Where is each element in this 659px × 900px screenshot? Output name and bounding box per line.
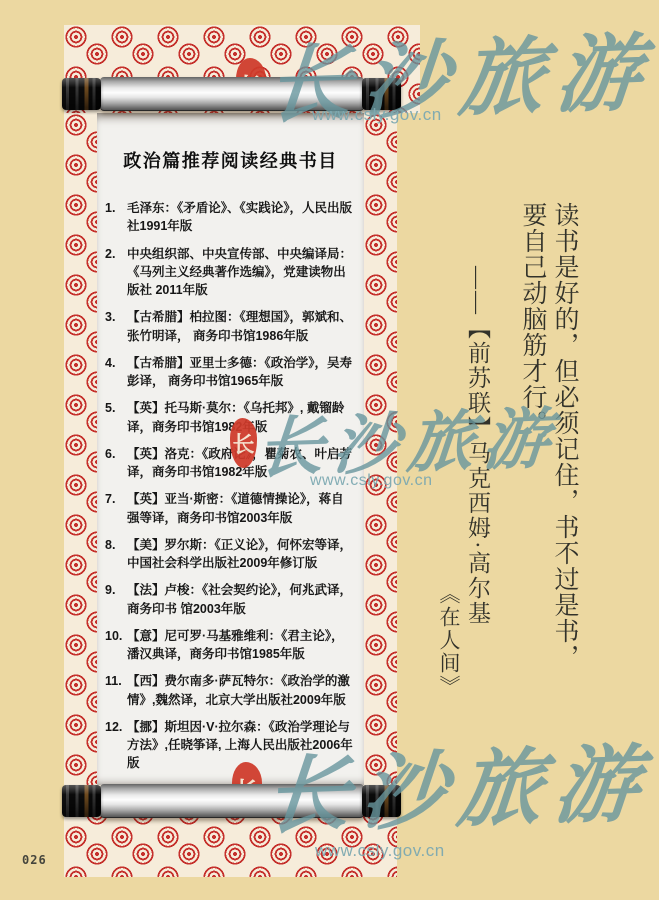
scroll-border-left	[64, 113, 97, 785]
changsha-logo-script: 长沙旅游	[262, 741, 655, 838]
item-text: 【法】卢梭：《社会契约论》，何兆武译，商务印书 馆2003年版	[127, 581, 355, 618]
book-list-item: 4.【古希腊】亚里士多德：《政治学》，吴寿彭译， 商务印书馆1965年版	[105, 354, 355, 391]
book-list-item: 7.【英】亚当·斯密：《道德情操论》，蒋自强等译，商务印书馆2003年版	[105, 490, 355, 527]
item-text: 中央组织部、中央宣传部、中央编译局：《马列主义经典著作选编》，党建读物出版社 2…	[127, 245, 355, 300]
watermark-url: www.csly.gov.cn	[310, 472, 433, 490]
item-text: 【古希腊】柏拉图：《理想国》，郭斌和、张竹明译， 商务印书馆1986年版	[127, 308, 355, 345]
item-text: 【意】尼可罗·马基雅维利：《君主论》，潘汉典译，商务印书馆1985年版	[127, 627, 355, 664]
item-number: 12.	[105, 718, 127, 773]
seal-character: 长	[232, 428, 254, 459]
item-number: 8.	[105, 536, 127, 573]
item-text: 毛泽东：《矛盾论》、《实践论》，人民出版社1991年版	[127, 199, 355, 236]
item-number: 10.	[105, 627, 127, 664]
item-text: 【西】费尔南多·萨瓦特尔：《政治学的激情》,魏然译，北京大学出版社2009年版	[127, 672, 355, 709]
item-text: 【英】亚当·斯密：《道德情操论》，蒋自强等译，商务印书馆2003年版	[127, 490, 355, 527]
book-list-item: 8.【美】罗尔斯：《正义论》，何怀宏等译，中国社会科学出版社2009年修订版	[105, 536, 355, 573]
item-number: 6.	[105, 445, 127, 482]
roller-knob-left	[62, 785, 101, 817]
book-list-item: 3.【古希腊】柏拉图：《理想国》，郭斌和、张竹明译， 商务印书馆1986年版	[105, 308, 355, 345]
page-background: 政治篇推荐阅读经典书目 1.毛泽东：《矛盾论》、《实践论》，人民出版社1991年…	[0, 0, 659, 900]
item-number: 5.	[105, 399, 127, 436]
book-list-item: 9.【法】卢梭：《社会契约论》，何兆武译，商务印书 馆2003年版	[105, 581, 355, 618]
changsha-logo-script: 长沙旅游	[255, 405, 562, 481]
book-list-item: 11.【西】费尔南多·萨瓦特尔：《政治学的激情》,魏然译，北京大学出版社2009…	[105, 672, 355, 709]
watermark-url: www.csly.gov.cn	[315, 841, 445, 861]
roller-knob-left	[62, 78, 101, 110]
book-list-item: 2.中央组织部、中央宣传部、中央编译局：《马列主义经典著作选编》，党建读物出版社…	[105, 245, 355, 300]
item-number: 3.	[105, 308, 127, 345]
reading-list-title: 政治篇推荐阅读经典书目	[103, 147, 358, 173]
item-text: 【古希腊】亚里士多德：《政治学》，吴寿彭译， 商务印书馆1965年版	[127, 354, 355, 391]
item-number: 2.	[105, 245, 127, 300]
watermark-url: www.csly.gov.cn	[312, 105, 442, 125]
item-text: 【美】罗尔斯：《正义论》，何怀宏等译，中国社会科学出版社2009年修订版	[127, 536, 355, 573]
item-number: 1.	[105, 199, 127, 236]
book-list-item: 10.【意】尼可罗·马基雅维利：《君主论》，潘汉典译，商务印书馆1985年版	[105, 627, 355, 664]
item-number: 7.	[105, 490, 127, 527]
watermark-top: 长 长沙旅游 www.csly.gov.cn	[236, 35, 659, 140]
quote-source: 《在人间》	[434, 583, 464, 698]
item-number: 4.	[105, 354, 127, 391]
item-number: 9.	[105, 581, 127, 618]
page-number: 026	[22, 853, 47, 867]
item-number: 11.	[105, 672, 127, 709]
book-list-item: 1.毛泽东：《矛盾论》、《实践论》，人民出版社1991年版	[105, 199, 355, 236]
